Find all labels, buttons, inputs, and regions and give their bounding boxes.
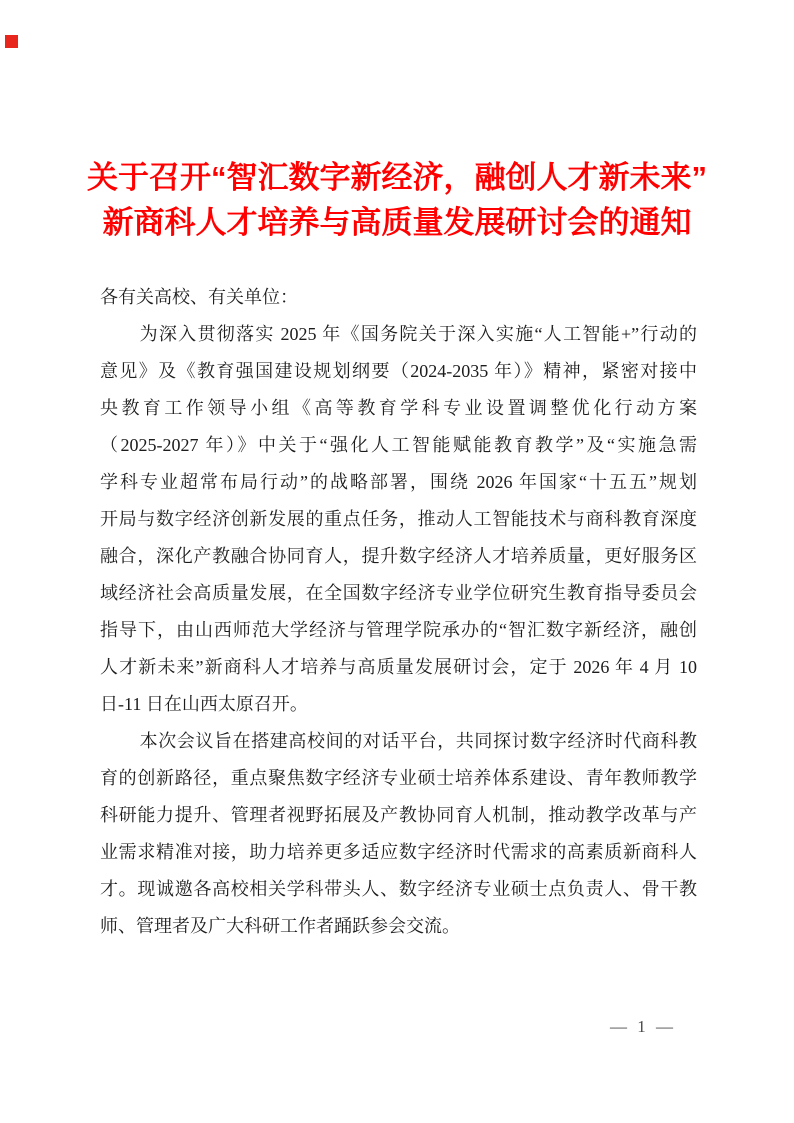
body-line: 指导下，由山西师范大学经济与管理学院承办的“智汇数字新经济，融创 bbox=[100, 612, 697, 649]
body-line: （2025-2027 年）》中关于“强化人工智能赋能教育教学”及“实施急需 bbox=[100, 427, 697, 464]
body-line: 学科专业超常布局行动”的战略部署，围绕 2026 年国家“十五五”规划 bbox=[100, 464, 697, 501]
body-line: 开局与数字经济创新发展的重点任务，推动人工智能技术与商科教育深度 bbox=[100, 501, 697, 538]
document-title-line1: 关于召开“智汇数字新经济，融创人才新未来” bbox=[0, 155, 794, 200]
body-line: 央教育工作领导小组《高等教育学科专业设置调整优化行动方案 bbox=[100, 390, 697, 427]
body-line: 融合，深化产教融合协同育人，提升数字经济人才培养质量，更好服务区 bbox=[100, 538, 697, 575]
document-body: 各有关高校、有关单位： 为深入贯彻落实 2025 年《国务院关于深入实施“人工智… bbox=[100, 279, 697, 945]
body-line: 师、管理者及广大科研工作者踊跃参会交流。 bbox=[100, 908, 697, 945]
body-line: 人才新未来”新商科人才培养与高质量发展研讨会，定于 2026 年 4 月 10 bbox=[100, 649, 697, 686]
body-line: 才。现诚邀各高校相关学科带头人、数字经济专业硕士点负责人、骨干教 bbox=[100, 871, 697, 908]
body-line: 本次会议旨在搭建高校间的对话平台，共同探讨数字经济时代商科教 bbox=[100, 723, 697, 760]
red-corner-mark bbox=[5, 35, 18, 48]
document-title-line2: 新商科人才培养与高质量发展研讨会的通知 bbox=[0, 200, 794, 245]
body-line: 域经济社会高质量发展，在全国数字经济专业学位研究生教育指导委员会 bbox=[100, 575, 697, 612]
document-title: 关于召开“智汇数字新经济，融创人才新未来” 新商科人才培养与高质量发展研讨会的通… bbox=[0, 155, 794, 245]
body-line: 育的创新路径，重点聚焦数字经济专业硕士培养体系建设、青年教师教学 bbox=[100, 760, 697, 797]
body-line: 日-11 日在山西太原召开。 bbox=[100, 686, 697, 723]
body-line: 业需求精准对接，助力培养更多适应数字经济时代需求的高素质新商科人 bbox=[100, 834, 697, 871]
body-line: 意见》及《教育强国建设规划纲要（2024-2035 年）》精神，紧密对接中 bbox=[100, 353, 697, 390]
body-line: 为深入贯彻落实 2025 年《国务院关于深入实施“人工智能+”行动的 bbox=[100, 316, 697, 353]
page-number: — 1 — bbox=[610, 1016, 676, 1038]
salutation-line: 各有关高校、有关单位： bbox=[100, 279, 697, 316]
body-line: 科研能力提升、管理者视野拓展及产教协同育人机制，推动教学改革与产 bbox=[100, 797, 697, 834]
document-page: 关于召开“智汇数字新经济，融创人才新未来” 新商科人才培养与高质量发展研讨会的通… bbox=[0, 0, 794, 1123]
